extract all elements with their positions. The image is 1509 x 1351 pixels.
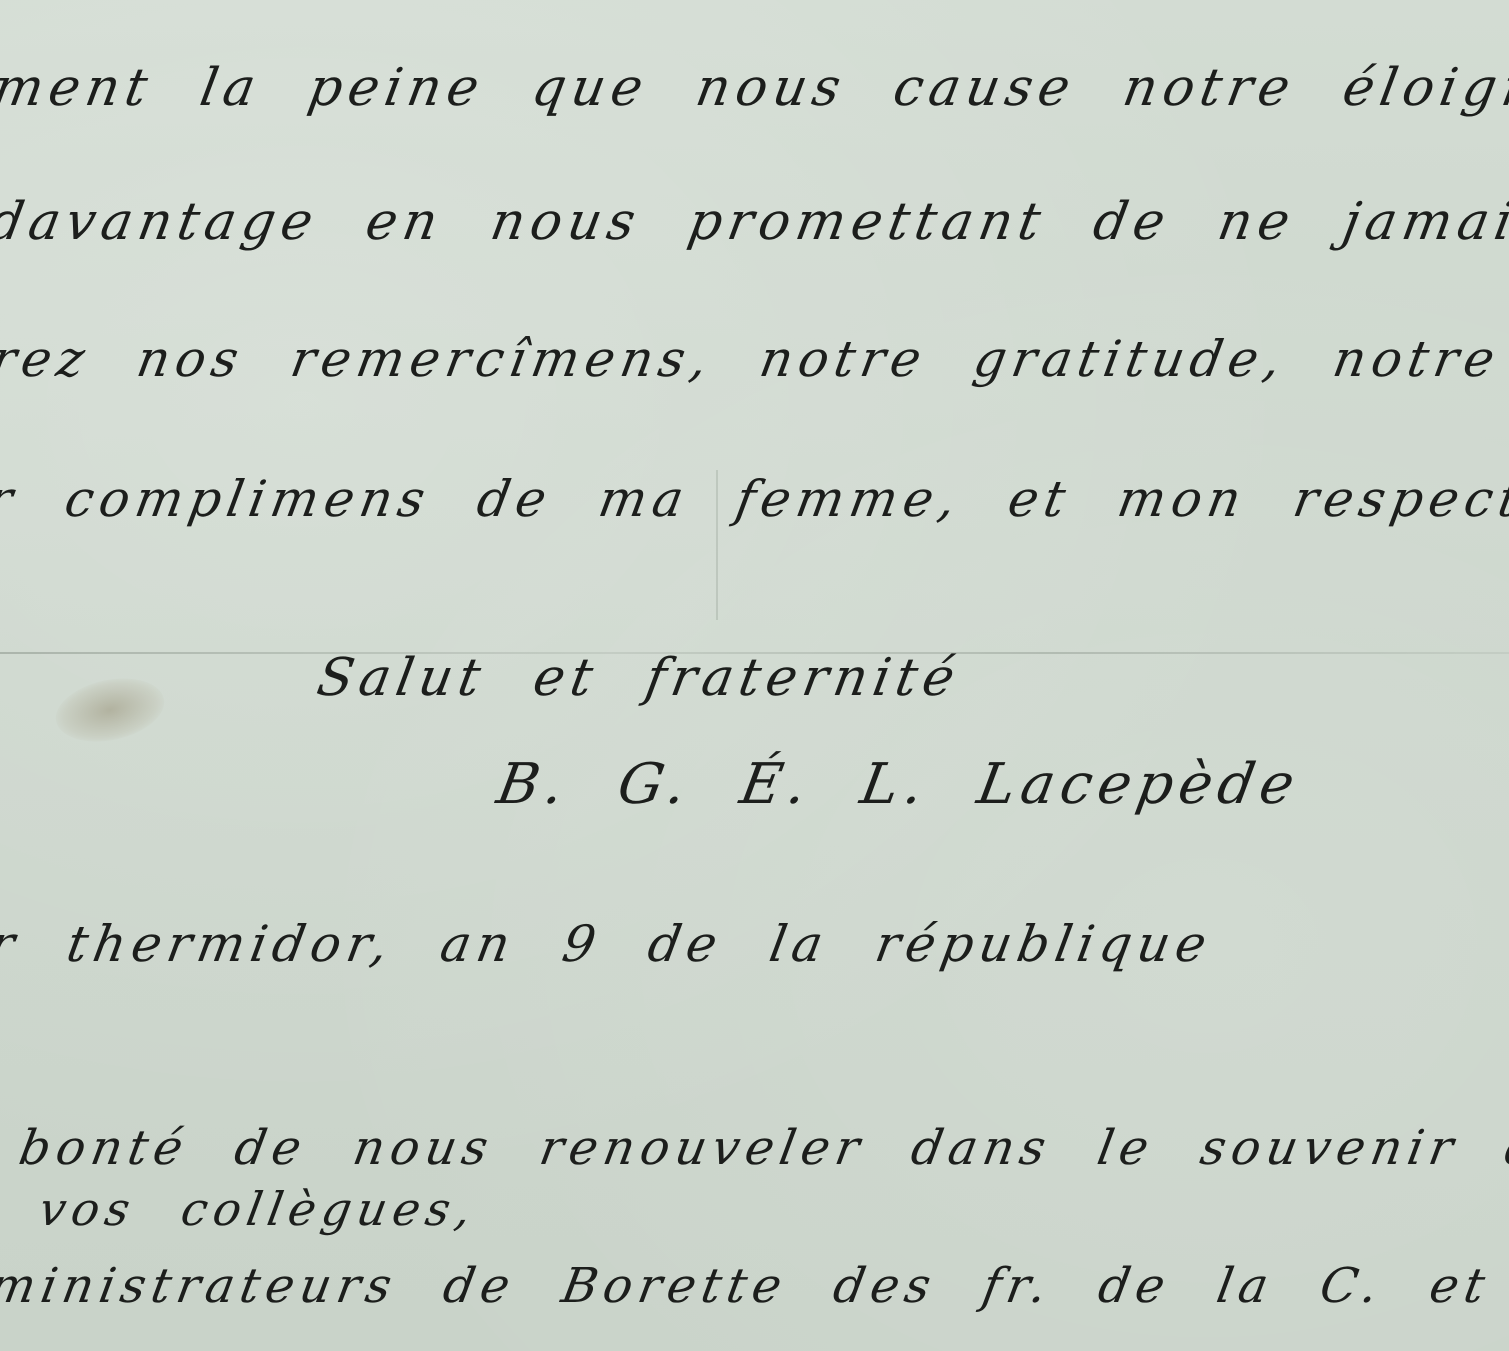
letter-line-4: r complimens de ma femme, et mon respect… (0, 470, 1509, 528)
closing-salutation: Salut et fraternité (313, 648, 965, 708)
letter-line-postscript-1: bonté de nous renouveler dans le souveni… (15, 1120, 1509, 1176)
letter-line-postscript-2: vos collègues, (35, 1182, 481, 1236)
letter-line-2: davantage en nous promettant de ne jamai… (0, 192, 1509, 252)
letter-line-postscript-3: ministrateurs de Borette des fr. de la C… (0, 1258, 1509, 1314)
letter-line-1: ment la peine que nous cause notre éloig… (0, 58, 1509, 118)
letter-line-3: rez nos remercîmens, notre gratitude, no… (0, 330, 1509, 388)
signature: B. G. É. L. Lacepède (492, 752, 1305, 817)
date-line: r thermidor, an 9 de la république (0, 915, 1217, 973)
